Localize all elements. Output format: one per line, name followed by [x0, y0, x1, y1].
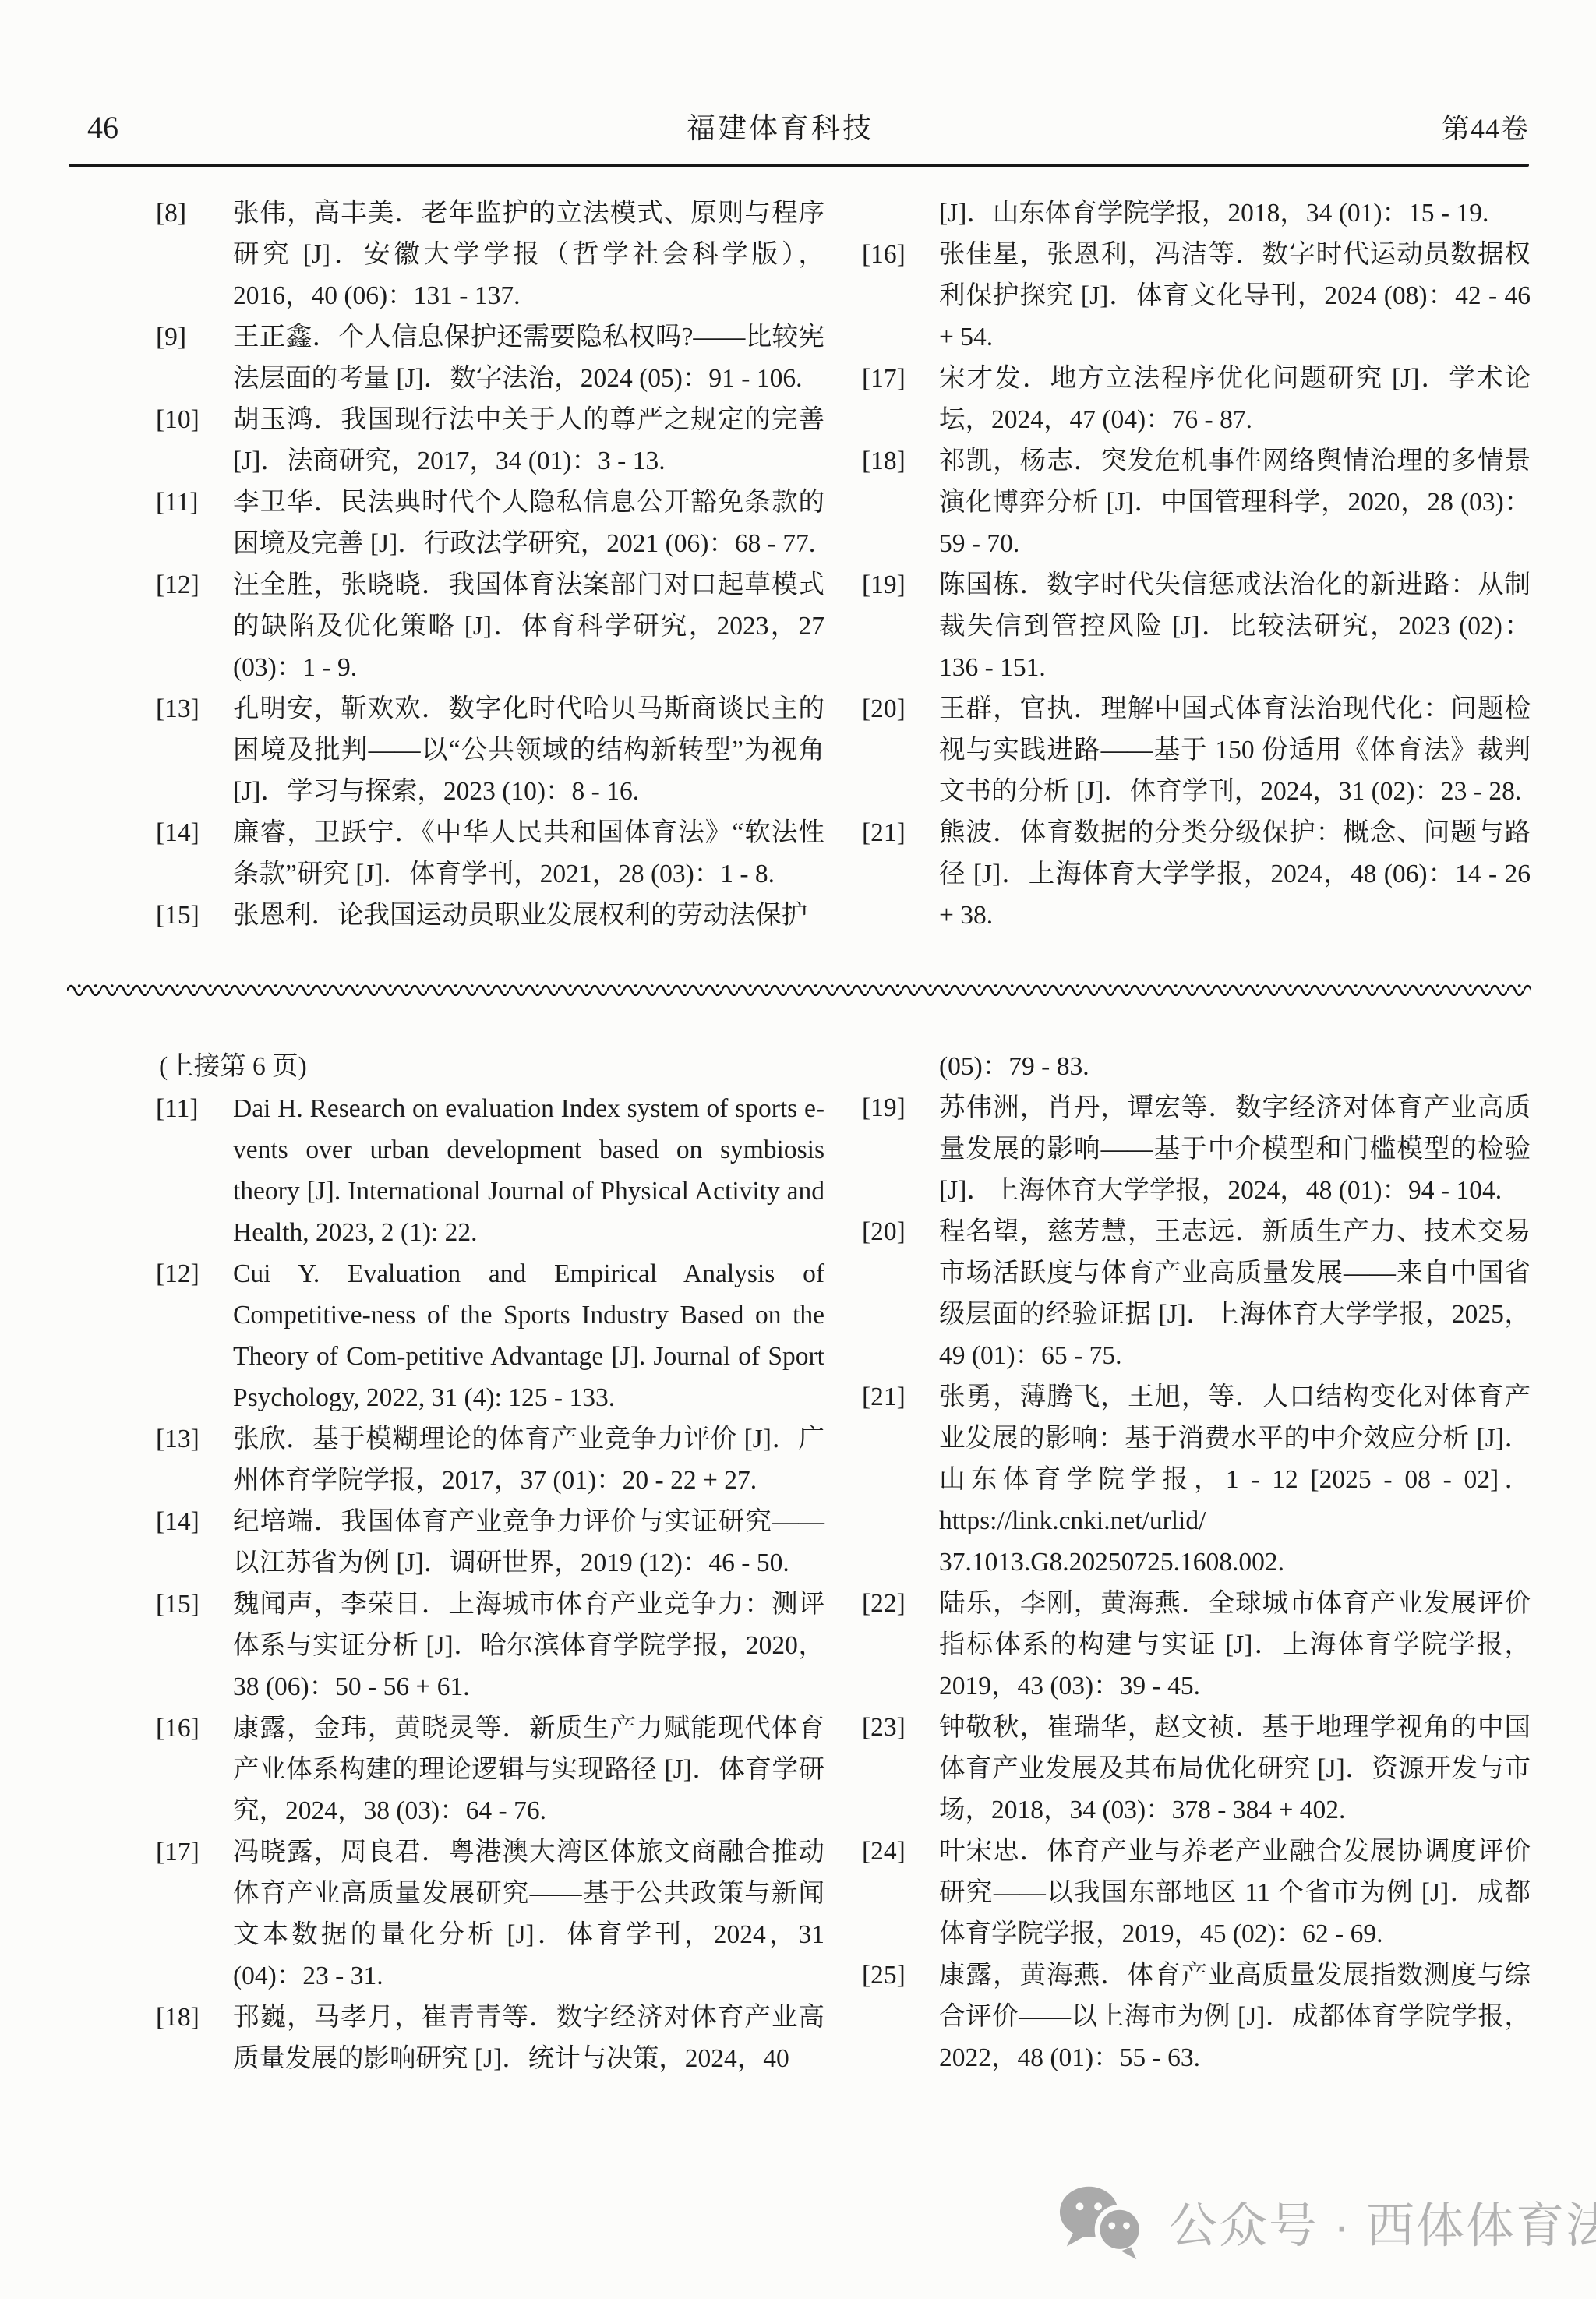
wave-pattern-svg: [67, 980, 1531, 996]
reference-item: [11]李卫华．民法典时代个人隐私信息公开豁免条款的困境及完善 [J]．行政法学…: [156, 482, 824, 564]
reference-text: 叶宋忠．体育产业与养老产业融合发展协调度评价研究——以我国东部地区 11 个省市…: [939, 1837, 1531, 1948]
reference-text: 祁凯，杨志．突发危机事件网络舆情治理的多情景演化博弈分析 [J]．中国管理科学，…: [939, 447, 1531, 558]
reference-item: [14]廉睿，卫跃宁．《中华人民共和国体育法》“软法性条款”研究 [J]．体育学…: [156, 812, 824, 895]
reference-number: [13]: [156, 688, 199, 729]
reference-text: 魏闻声，李荣日．上海城市体育产业竞争力：测评体系与实证分析 [J]．哈尔滨体育学…: [233, 1590, 824, 1701]
reference-text: 汪全胜，张晓晓．我国体育法案部门对口起草模式的缺陷及优化策略 [J]．体育科学研…: [233, 570, 824, 682]
reference-item: [12]汪全胜，张晓晓．我国体育法案部门对口起草模式的缺陷及优化策略 [J]．体…: [156, 564, 824, 688]
reference-number: [23]: [862, 1707, 906, 1748]
reference-number: [11]: [156, 482, 199, 523]
reference-item: [18]祁凯，杨志．突发危机事件网络舆情治理的多情景演化博弈分析 [J]．中国管…: [862, 440, 1531, 564]
reference-item: [15]张恩利．论我国运动员职业发展权利的劳动法保护: [156, 895, 824, 936]
reference-text: 钟敬秋，崔瑞华，赵文祯．基于地理学视角的中国体育产业发展及其布局优化研究 [J]…: [939, 1713, 1531, 1824]
reference-text: 廉睿，卫跃宁．《中华人民共和国体育法》“软法性条款”研究 [J]．体育学刊，20…: [233, 818, 824, 888]
reference-text: 纪培端．我国体育产业竞争力评价与实证研究——以江苏省为例 [J]．调研世界，20…: [233, 1507, 824, 1577]
references-section1-right-column: [J]．山东体育学院学报，2018，34 (01)：15 - 19. [16]张…: [862, 192, 1531, 936]
reference-number: [16]: [156, 1707, 199, 1749]
reference-item: [18]邘巍，马孝月，崔青青等．数字经济对体育产业高质量发展的影响研究 [J]．…: [156, 1997, 824, 2079]
references-section2-right-column: (05)：79 - 83. [19]苏伟洲，肖丹，谭宏等．数字经济对体育产业高质…: [862, 1046, 1531, 2078]
reference-text: 程名望，慈芳慧，王志远．新质生产力、技术交易市场活跃度与体育产业高质量发展——来…: [939, 1217, 1531, 1370]
wechat-icon: [1057, 2181, 1149, 2262]
reference-number: [15]: [156, 1584, 199, 1625]
page-header: 46 福建体育科技 第44卷: [87, 104, 1529, 147]
reference-text: (05)：79 - 83.: [939, 1052, 1089, 1081]
reference-item: [25]康露，黄海燕．体育产业高质量发展指数测度与综合评价——以上海市为例 [J…: [862, 1955, 1531, 2078]
reference-text: 胡玉鸿．我国现行法中关于人的尊严之规定的完善 [J]．法商研究，2017，34 …: [233, 405, 824, 475]
reference-item: [9]王正鑫．个人信息保护还需要隐私权吗?——比较宪法层面的考量 [J]．数字法…: [156, 316, 824, 399]
journal-title: 福建体育科技: [687, 104, 874, 147]
reference-number: [12]: [156, 1253, 199, 1294]
watermark-text: 公众号 · 西体体育法: [1169, 2187, 1596, 2256]
reference-number: [25]: [862, 1955, 906, 1996]
reference-item: [23]钟敬秋，崔瑞华，赵文祯．基于地理学视角的中国体育产业发展及其布局优化研究…: [862, 1707, 1531, 1831]
reference-item: [13]孔明安，靳欢欢．数字化时代哈贝马斯商谈民主的困境及批判——以“公共领域的…: [156, 688, 824, 812]
reference-number: [20]: [862, 1211, 906, 1252]
references-section1-left-column: [8]张伟，高丰美．老年监护的立法模式、原则与程序研究 [J]．安徽大学学报（哲…: [156, 192, 824, 936]
reference-number: [21]: [862, 1376, 906, 1418]
reference-text: 陆乐，李刚，黄海燕．全球城市体育产业发展评价指标体系的构建与实证 [J]．上海体…: [939, 1589, 1531, 1700]
reference-number: [15]: [156, 895, 199, 936]
reference-number: [16]: [862, 234, 906, 275]
watermark: 公众号 · 西体体育法: [1057, 2181, 1596, 2262]
reference-text: 康露，金玮，黄晓灵等．新质生产力赋能现代体育产业体系构建的理论逻辑与实现路径 […: [233, 1714, 824, 1825]
reference-text: 陈国栋．数字时代失信惩戒法治化的新进路：从制裁失信到管控风险 [J]．比较法研究…: [939, 570, 1531, 682]
reference-item: [11]Dai H. Research on evaluation Index …: [156, 1088, 824, 1253]
reference-number: [21]: [862, 812, 906, 853]
reference-number: [17]: [862, 358, 906, 399]
reference-item: [15]魏闻声，李荣日．上海城市体育产业竞争力：测评体系与实证分析 [J]．哈尔…: [156, 1584, 824, 1707]
reference-item: [20]王群，官执．理解中国式体育法治现代化：问题检视与实践进路——基于 150…: [862, 688, 1531, 812]
reference-item: [10]胡玉鸿．我国现行法中关于人的尊严之规定的完善 [J]．法商研究，2017…: [156, 399, 824, 482]
reference-number: [8]: [156, 192, 186, 234]
reference-number: [14]: [156, 1501, 199, 1542]
reference-number: [24]: [862, 1831, 906, 1872]
header-rule: [69, 164, 1529, 167]
reference-item: [21]熊波．体育数据的分类分级保护：概念、问题与路径 [J]．上海体育大学学报…: [862, 812, 1531, 936]
reference-item: [21]张勇，薄腾飞，王旭，等．人口结构变化对体育产业发展的影响：基于消费水平的…: [862, 1376, 1531, 1583]
reference-text: 邘巍，马孝月，崔青青等．数字经济对体育产业高质量发展的影响研究 [J]．统计与决…: [233, 2003, 824, 2073]
reference-number: [13]: [156, 1418, 199, 1460]
references-section2-left-column: [11]Dai H. Research on evaluation Index …: [156, 1088, 824, 2079]
reference-text: Dai H. Research on evaluation Index syst…: [233, 1094, 824, 1247]
volume-label: 第44卷: [1442, 107, 1529, 147]
reference-item: [13]张欣．基于模糊理论的体育产业竞争力评价 [J]．广州体育学院学报，201…: [156, 1418, 824, 1501]
reference-number: [14]: [156, 812, 199, 853]
reference-item: [17]宋才发．地方立法程序优化问题研究 [J]．学术论坛，2024，47 (0…: [862, 358, 1531, 440]
reference-item: [19]陈国栋．数字时代失信惩戒法治化的新进路：从制裁失信到管控风险 [J]．比…: [862, 564, 1531, 688]
reference-item: (05)：79 - 83.: [862, 1046, 1531, 1087]
reference-item: [17]冯晓露，周良君．粤港澳大湾区体旅文商融合推动体育产业高质量发展研究——基…: [156, 1831, 824, 1997]
reference-text: 苏伟洲，肖丹，谭宏等．数字经济对体育产业高质量发展的影响——基于中介模型和门槛模…: [939, 1093, 1531, 1205]
reference-number: [17]: [156, 1831, 199, 1873]
section-divider-wave: [67, 980, 1531, 996]
reference-text: Cui Y. Evaluation and Empirical Analysis…: [233, 1259, 824, 1412]
reference-text: 宋才发．地方立法程序优化问题研究 [J]．学术论坛，2024，47 (04)：7…: [939, 364, 1531, 434]
reference-number: [11]: [156, 1088, 199, 1129]
reference-text: 张欣．基于模糊理论的体育产业竞争力评价 [J]．广州体育学院学报，2017，37…: [233, 1425, 824, 1495]
reference-text: 冯晓露，周良君．粤港澳大湾区体旅文商融合推动体育产业高质量发展研究——基于公共政…: [233, 1838, 824, 1990]
reference-text: 王群，官执．理解中国式体育法治现代化：问题检视与实践进路——基于 150 份适用…: [939, 694, 1531, 806]
reference-text: [J]．山东体育学院学报，2018，34 (01)：15 - 19.: [939, 199, 1488, 228]
reference-item: [12]Cui Y. Evaluation and Empirical Anal…: [156, 1253, 824, 1418]
continued-from-note: (上接第 6 页): [159, 1046, 307, 1087]
reference-item: [8]张伟，高丰美．老年监护的立法模式、原则与程序研究 [J]．安徽大学学报（哲…: [156, 192, 824, 316]
reference-text: 张勇，薄腾飞，王旭，等．人口结构变化对体育产业发展的影响：基于消费水平的中介效应…: [939, 1383, 1531, 1577]
reference-number: [9]: [156, 316, 186, 358]
reference-item: [24]叶宋忠．体育产业与养老产业融合发展协调度评价研究——以我国东部地区 11…: [862, 1831, 1531, 1955]
reference-number: [18]: [862, 440, 906, 482]
page-number: 46: [87, 109, 118, 146]
reference-text: 王正鑫．个人信息保护还需要隐私权吗?——比较宪法层面的考量 [J]．数字法治，2…: [233, 323, 824, 393]
reference-item: [14]纪培端．我国体育产业竞争力评价与实证研究——以江苏省为例 [J]．调研世…: [156, 1501, 824, 1584]
reference-item: [16]张佳星，张恩利，冯洁等．数字时代运动员数据权利保护探究 [J]．体育文化…: [862, 234, 1531, 358]
reference-text: 张伟，高丰美．老年监护的立法模式、原则与程序研究 [J]．安徽大学学报（哲学社会…: [233, 199, 824, 310]
reference-item: [16]康露，金玮，黄晓灵等．新质生产力赋能现代体育产业体系构建的理论逻辑与实现…: [156, 1707, 824, 1831]
reference-text: 孔明安，靳欢欢．数字化时代哈贝马斯商谈民主的困境及批判——以“公共领域的结构新转…: [233, 694, 824, 806]
reference-text: 熊波．体育数据的分类分级保护：概念、问题与路径 [J]．上海体育大学学报，202…: [939, 818, 1531, 930]
reference-item: [19]苏伟洲，肖丹，谭宏等．数字经济对体育产业高质量发展的影响——基于中介模型…: [862, 1087, 1531, 1211]
reference-number: [22]: [862, 1583, 906, 1624]
reference-item: [22]陆乐，李刚，黄海燕．全球城市体育产业发展评价指标体系的构建与实证 [J]…: [862, 1583, 1531, 1707]
reference-text: 张恩利．论我国运动员职业发展权利的劳动法保护: [233, 901, 807, 930]
reference-number: [18]: [156, 1997, 199, 2038]
reference-number: [12]: [156, 564, 199, 606]
reference-text: 张佳星，张恩利，冯洁等．数字时代运动员数据权利保护探究 [J]．体育文化导刊，2…: [939, 240, 1531, 351]
reference-number: [19]: [862, 1087, 906, 1128]
reference-number: [19]: [862, 564, 906, 606]
reference-item: [J]．山东体育学院学报，2018，34 (01)：15 - 19.: [862, 192, 1531, 234]
reference-item: [20]程名望，慈芳慧，王志远．新质生产力、技术交易市场活跃度与体育产业高质量发…: [862, 1211, 1531, 1376]
reference-text: 李卫华．民法典时代个人隐私信息公开豁免条款的困境及完善 [J]．行政法学研究，2…: [233, 488, 824, 558]
reference-number: [10]: [156, 399, 199, 440]
reference-number: [20]: [862, 688, 906, 729]
reference-text: 康露，黄海燕．体育产业高质量发展指数测度与综合评价——以上海市为例 [J]．成都…: [939, 1961, 1531, 2072]
